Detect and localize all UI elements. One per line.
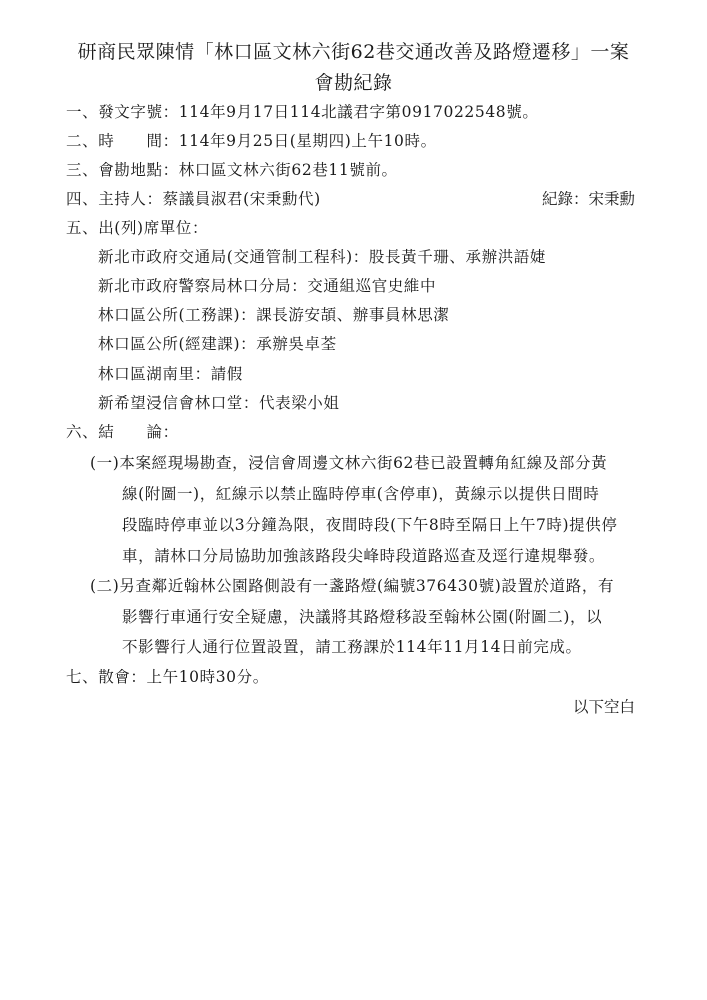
adjourn-line: 七、散會：上午10時30分。 [66, 667, 269, 687]
conclusion-2-line: (二)另查鄰近翰林公園路側設有一盞路燈(編號376430號)設置於道路，有 [90, 576, 614, 596]
conclusion-1-line: (一)本案經現場勘查，浸信會周邊文林六街62巷已設置轉角紅線及部分黃 [90, 453, 607, 473]
issue-number-line: 一、發文字號：114年9月17日114北議君字第0917022548號。 [66, 102, 538, 122]
chair-line: 四、主持人：蔡議員淑君(宋秉勳代) [66, 189, 321, 209]
attendee-item: 林口區公所(工務課)：課長游安頡、辦事員林思潔 [98, 305, 449, 325]
conclusion-2-line: 影響行車通行安全疑慮，決議將其路燈移設至翰林公園(附圖二)，以 [122, 607, 602, 627]
time-line: 二、時 間：114年9月25日(星期四)上午10時。 [66, 131, 437, 151]
end-note: 以下空白 [573, 697, 635, 717]
conclusion-heading: 六、結 論： [66, 422, 179, 442]
attendee-item: 林口區湖南里：請假 [98, 364, 243, 384]
attendee-item: 新北市政府交通局(交通管制工程科)：股長黃千珊、承辦洪語婕 [98, 247, 546, 267]
conclusion-2-line: 不影響行人通行位置設置，請工務課於114年11月14日前完成。 [122, 637, 582, 657]
conclusion-1-line: 線(附圖一)，紅線示以禁止臨時停車(含停車)，黃線示以提供日間時 [122, 484, 599, 504]
attendee-item: 新北市政府警察局林口分局：交通組巡官史維中 [98, 276, 436, 296]
attendees-heading: 五、出(列)席單位： [66, 218, 208, 238]
recorder-line: 紀錄：宋秉勳 [542, 189, 635, 209]
attendee-item: 新希望浸信會林口堂：代表梁小姐 [98, 393, 340, 413]
conclusion-1-line: 段臨時停車並以3分鐘為限，夜間時段(下午8時至隔日上午7時)提供停 [122, 515, 617, 535]
attendee-item: 林口區公所(經建課)：承辦吳卓荃 [98, 334, 337, 354]
conclusion-1-line: 車，請林口分局協助加強該路段尖峰時段道路巡查及逕行違規舉發。 [122, 546, 605, 566]
document-title: 研商民眾陳情「林口區文林六街62巷交通改善及路燈遷移」一案 [0, 40, 707, 64]
location-line: 三、會勘地點：林口區文林六街62巷11號前。 [66, 160, 398, 180]
document-page: 研商民眾陳情「林口區文林六街62巷交通改善及路燈遷移」一案 會勘紀錄 一、發文字… [0, 0, 707, 1000]
document-subtitle: 會勘紀錄 [0, 71, 707, 95]
